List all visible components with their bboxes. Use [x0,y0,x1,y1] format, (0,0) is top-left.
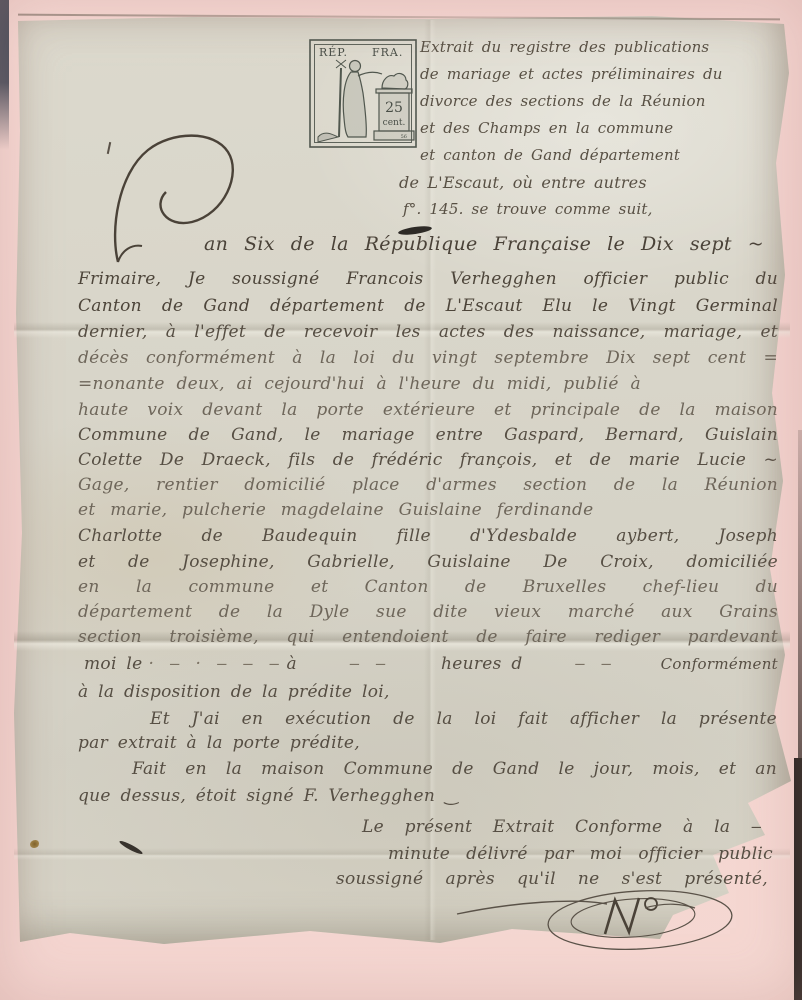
handwritten-line: et marie, pulcherie magdelaine Guislaine… [78,501,594,520]
handwritten-line: par extrait à la porte prédite, [78,734,778,753]
handwritten-word: à [281,655,303,674]
liberty-figure-icon [336,60,382,137]
handwritten-line: minute délivré par moi officier public [388,845,773,864]
handwritten-line: =nonante deux, ai cejourd'hui à l'heure … [78,375,641,394]
handwritten-line: et canton de Gand département [420,142,782,169]
handwritten-line: divorce des sections de la Réunion [420,88,782,115]
revenue-stamp-25-cent: RÉP. FRA. 25 cent. 56 [308,38,418,150]
paraph-initial-N [605,898,639,934]
paraph-lead-line [457,901,607,914]
handwritten-word: heures d [435,655,529,674]
paraph-signature: N° [455,882,745,961]
handwritten-line: Charlotte de Baudequin fille d'Ydesbalde… [78,527,778,546]
handwritten-line: et de Josephine, Gabrielle, Guislaine De… [78,553,778,572]
handwritten-line: Frimaire, Je soussigné Francois Verheggh… [78,270,778,289]
stamp-text-rep: RÉP. [319,45,348,59]
handwritten-line: section troisième, qui entendoient de fa… [78,628,778,647]
handwritten-line: en la commune et Canton de Bruxelles che… [78,578,778,597]
handwritten-line: que dessus, étoit signé F. Verhegghen ‿ [78,787,778,806]
paraph-cross-stroke [645,904,695,908]
stamp-corner-mark: 56 [401,134,407,140]
scan-edge-artifact-right [798,430,802,760]
handwritten-line: Gage, rentier domicilié place d'armes se… [78,476,778,495]
blank-dashes: ‒ ‒ [303,655,435,674]
handwritten-line: Le présent Extrait Conforme à la ‒ [362,818,762,837]
handwritten-line: dernier, à l'effet de recevoir les actes… [78,323,778,342]
handwritten-word: moi le [78,655,149,674]
handwritten-line: haute voix devant la porte extérieure et… [78,401,778,420]
paraph-degree-o [645,898,657,910]
handwritten-line: Extrait du registre des publications [420,34,782,61]
handwritten-line: à la disposition de la prédite loi, [78,683,778,702]
handwritten-line: Et J'ai en exécution de la loi fait affi… [150,710,777,729]
stamp-text-fra: FRA. [372,46,403,59]
blank-dashes: ‒ ‒ [529,655,661,674]
handwritten-line: Commune de Gand, le mariage entre Gaspar… [78,426,778,445]
scan-edge-artifact-left [0,0,9,150]
stamp-value-unit: cent. [383,118,406,128]
paraph-outer-oval [547,886,734,954]
handwritten-line: et des Champs en la commune [420,115,782,142]
handwritten-line: Colette De Draeck, fils de frédéric fran… [78,451,778,470]
handwritten-line: an Six de la République Française le Dix… [204,234,764,255]
handwritten-line: Canton de Gand département de L'Escaut E… [78,297,778,316]
scan-edge-artifact-right-bottom [794,758,802,1000]
handwritten-line: Fait en la maison Commune de Gand le jou… [132,760,777,779]
handwritten-line: décès conformément à la loi du vingt sep… [78,349,778,368]
blank-fields-line: moi le · ‒ · ‒ ‒ ‒ à ‒ ‒ heures d ‒ ‒ Co… [78,655,778,674]
handwritten-word: Conformément [661,656,778,673]
handwritten-line: département de la Dyle sue dite vieux ma… [78,603,778,622]
blank-dashes: · ‒ · ‒ ‒ ‒ [149,655,281,674]
stamp-ground-icon [318,133,338,142]
handwritten-line: f°. 145. se trouve comme suit, [403,196,782,223]
scanned-document-page: RÉP. FRA. 25 cent. 56 Extrait du registr… [0,0,802,1000]
handwritten-line: de L'Escaut, où entre autres [399,169,782,196]
initial-L-tail [118,246,142,262]
stamp-value: 25 [385,100,403,116]
extract-heading-block: Extrait du registre des publications de … [420,34,782,223]
handwritten-line: de mariage et actes préliminaires du [420,61,782,88]
